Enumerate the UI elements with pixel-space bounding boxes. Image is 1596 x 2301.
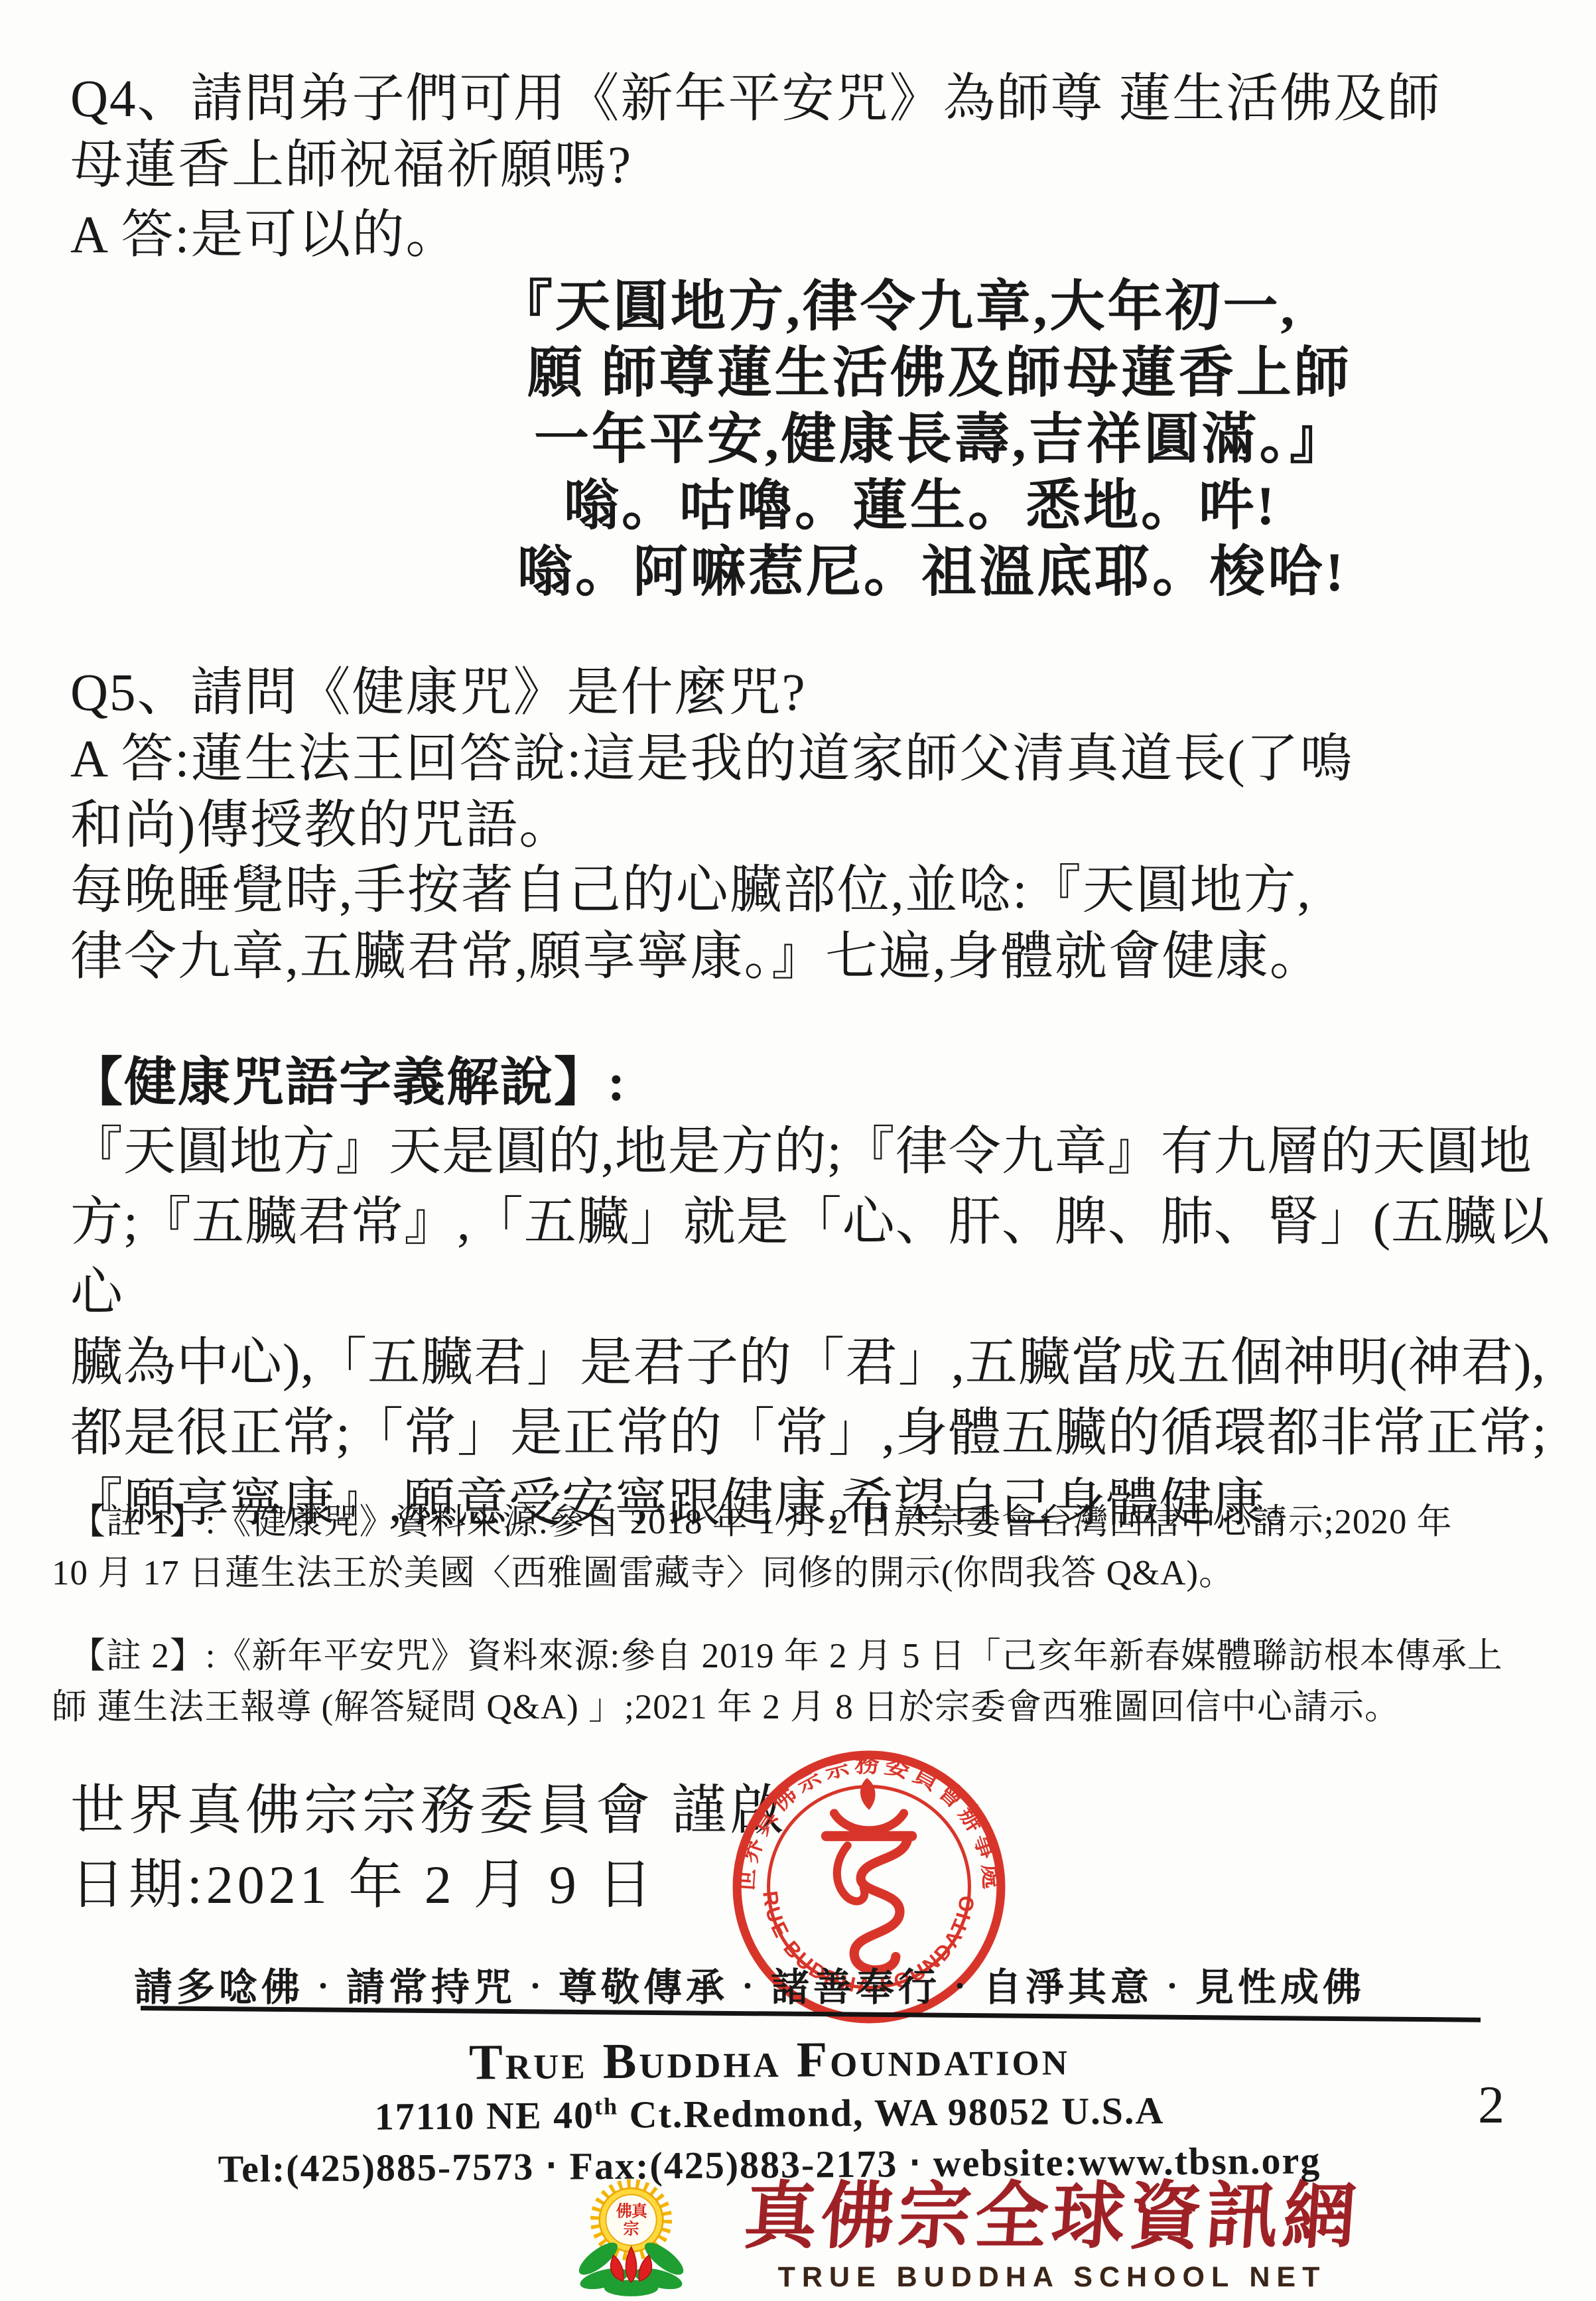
text-line: 【註 2】:《新年平安咒》資料來源:參自 2019 年 2 月 5 日「己亥年新… <box>70 1631 1503 1682</box>
tbsn-brand-text: 真佛宗全球資訊網 TRUE BUDDHA SCHOOL NET <box>744 2178 1360 2294</box>
explanation-body: 『天圓地方』天是圓的,地是方的;『律令九章』有九層的天圓地 方;『五臟君常』,「… <box>70 1117 1596 1539</box>
text-line: 律令九章,五臟君常,願享寧康。』七遍,身體就會健康。 <box>70 924 1323 991</box>
mantra-line: 『天圓地方,律令九章,大年初一, <box>498 273 1352 340</box>
text-line: A 答:蓮生法王回答說:這是我的道家師父清真道長(了鳴 <box>70 727 1354 793</box>
text-line: 師 蓮生法王報導 (解答疑問 Q&A) 」;2021 年 2 月 8 日於宗委會… <box>52 1682 1503 1733</box>
tbsn-brand: 佛 真 宗 真佛宗全球資訊網 TRUE BUDDHA SCHOOL NET <box>561 2178 1360 2301</box>
q5-question: Q5、請問《健康咒》是什麼咒? <box>70 660 807 727</box>
text-line: 臟為中心),「五臟君」是君子的「君」,五臟當成五個神明(神君), <box>70 1328 1596 1399</box>
mantra-line: 嗡。咕嚕。蓮生。悉地。吽! <box>564 472 1352 539</box>
note-1: 【註 1】:《健康咒》資料來源:參自 2018 年 1 月 2 日於宗委會台灣回… <box>70 1497 1453 1599</box>
lotus-emblem-icon: 佛 真 宗 <box>561 2178 727 2301</box>
svg-text:佛: 佛 <box>616 2202 632 2220</box>
footer-org-name: True Buddha Foundation <box>0 2026 1539 2095</box>
footer-motto: 請多唸佛‧請常持咒‧尊敬傳承‧諸善奉行‧自淨其意‧見性成佛 <box>0 1956 1499 2012</box>
tbsn-cn-name: 真佛宗全球資訊網 <box>742 2178 1363 2256</box>
text-line: 【註 1】:《健康咒》資料來源:參自 2018 年 1 月 2 日於宗委會台灣回… <box>70 1497 1453 1548</box>
text-line: 每晚睡覺時,手按著自己的心臟部位,並唸:『天圓地方, <box>70 858 1323 924</box>
text-line: 『天圓地方』天是圓的,地是方的;『律令九章』有九層的天圓地 <box>70 1117 1596 1188</box>
svg-text:宗: 宗 <box>624 2220 639 2238</box>
text-line: 方;『五臟君常』,「五臟」就是「心、肝、脾、肺、腎」(五臟以心 <box>70 1188 1596 1328</box>
text-line: 10 月 17 日蓮生法王於美國〈西雅圖雷藏寺〉同修的開示(你問我答 Q&A)。 <box>52 1548 1453 1599</box>
q4-question: Q4、請問弟子們可用《新年平安咒》為師尊 蓮生活佛及師 母蓮香上師祝福祈願嗎? <box>70 66 1441 199</box>
new-year-mantra: 『天圓地方,律令九章,大年初一, 願 師尊蓮生活佛及師母蓮香上師 一年平安,健康… <box>0 273 1352 605</box>
q5-answer: A 答:蓮生法王回答說:這是我的道家師父清真道長(了鳴 和尚)傳授教的咒語。 <box>70 727 1354 859</box>
text-line: Q4、請問弟子們可用《新年平安咒》為師尊 蓮生活佛及師 <box>70 66 1441 133</box>
explanation-heading: 【健康咒語字義解說】: <box>70 1050 626 1117</box>
seal-top-text: 世界真佛宗宗務委員會辦事處 <box>731 1750 1006 1894</box>
signoff-org: 世界真佛宗宗務委員會 謹啟 <box>70 1776 789 1846</box>
tbsn-en-name: TRUE BUDDHA SCHOOL NET <box>778 2261 1327 2294</box>
svg-text:真: 真 <box>632 2202 648 2220</box>
document-page: Q4、請問弟子們可用《新年平安咒》為師尊 蓮生活佛及師 母蓮香上師祝福祈願嗎? … <box>0 0 1596 2301</box>
page-number: 2 <box>1478 2075 1504 2136</box>
text-line: 母蓮香上師祝福祈願嗎? <box>70 133 1441 199</box>
signoff-date: 日期:2021 年 2 月 9 日 <box>70 1850 656 1920</box>
text-line: 和尚)傳授教的咒語。 <box>70 793 1354 859</box>
svg-text:世界真佛宗宗務委員會辦事處: 世界真佛宗宗務委員會辦事處 <box>731 1750 1006 1894</box>
mantra-line: 一年平安,健康長壽,吉祥圓滿。』 <box>534 406 1352 472</box>
text-line: 都是很正常;「常」是正常的「常」,身體五臟的循環都非常正常; <box>70 1399 1596 1469</box>
footer-address: 17110 NE 40th Ct.Redmond, WA 98052 U.S.A <box>0 2085 1539 2142</box>
mantra-line: 願 師尊蓮生活佛及師母蓮香上師 <box>527 340 1352 406</box>
seed-syllable-icon <box>826 1779 911 1970</box>
mantra-line: 嗡。阿嘛惹尼。祖溫底耶。梭哈! <box>517 539 1352 605</box>
q4-answer: A 答:是可以的。 <box>70 202 459 269</box>
q5-practice: 每晚睡覺時,手按著自己的心臟部位,並唸:『天圓地方, 律令九章,五臟君常,願享寧… <box>70 858 1323 991</box>
note-2: 【註 2】:《新年平安咒》資料來源:參自 2019 年 2 月 5 日「己亥年新… <box>70 1631 1503 1733</box>
